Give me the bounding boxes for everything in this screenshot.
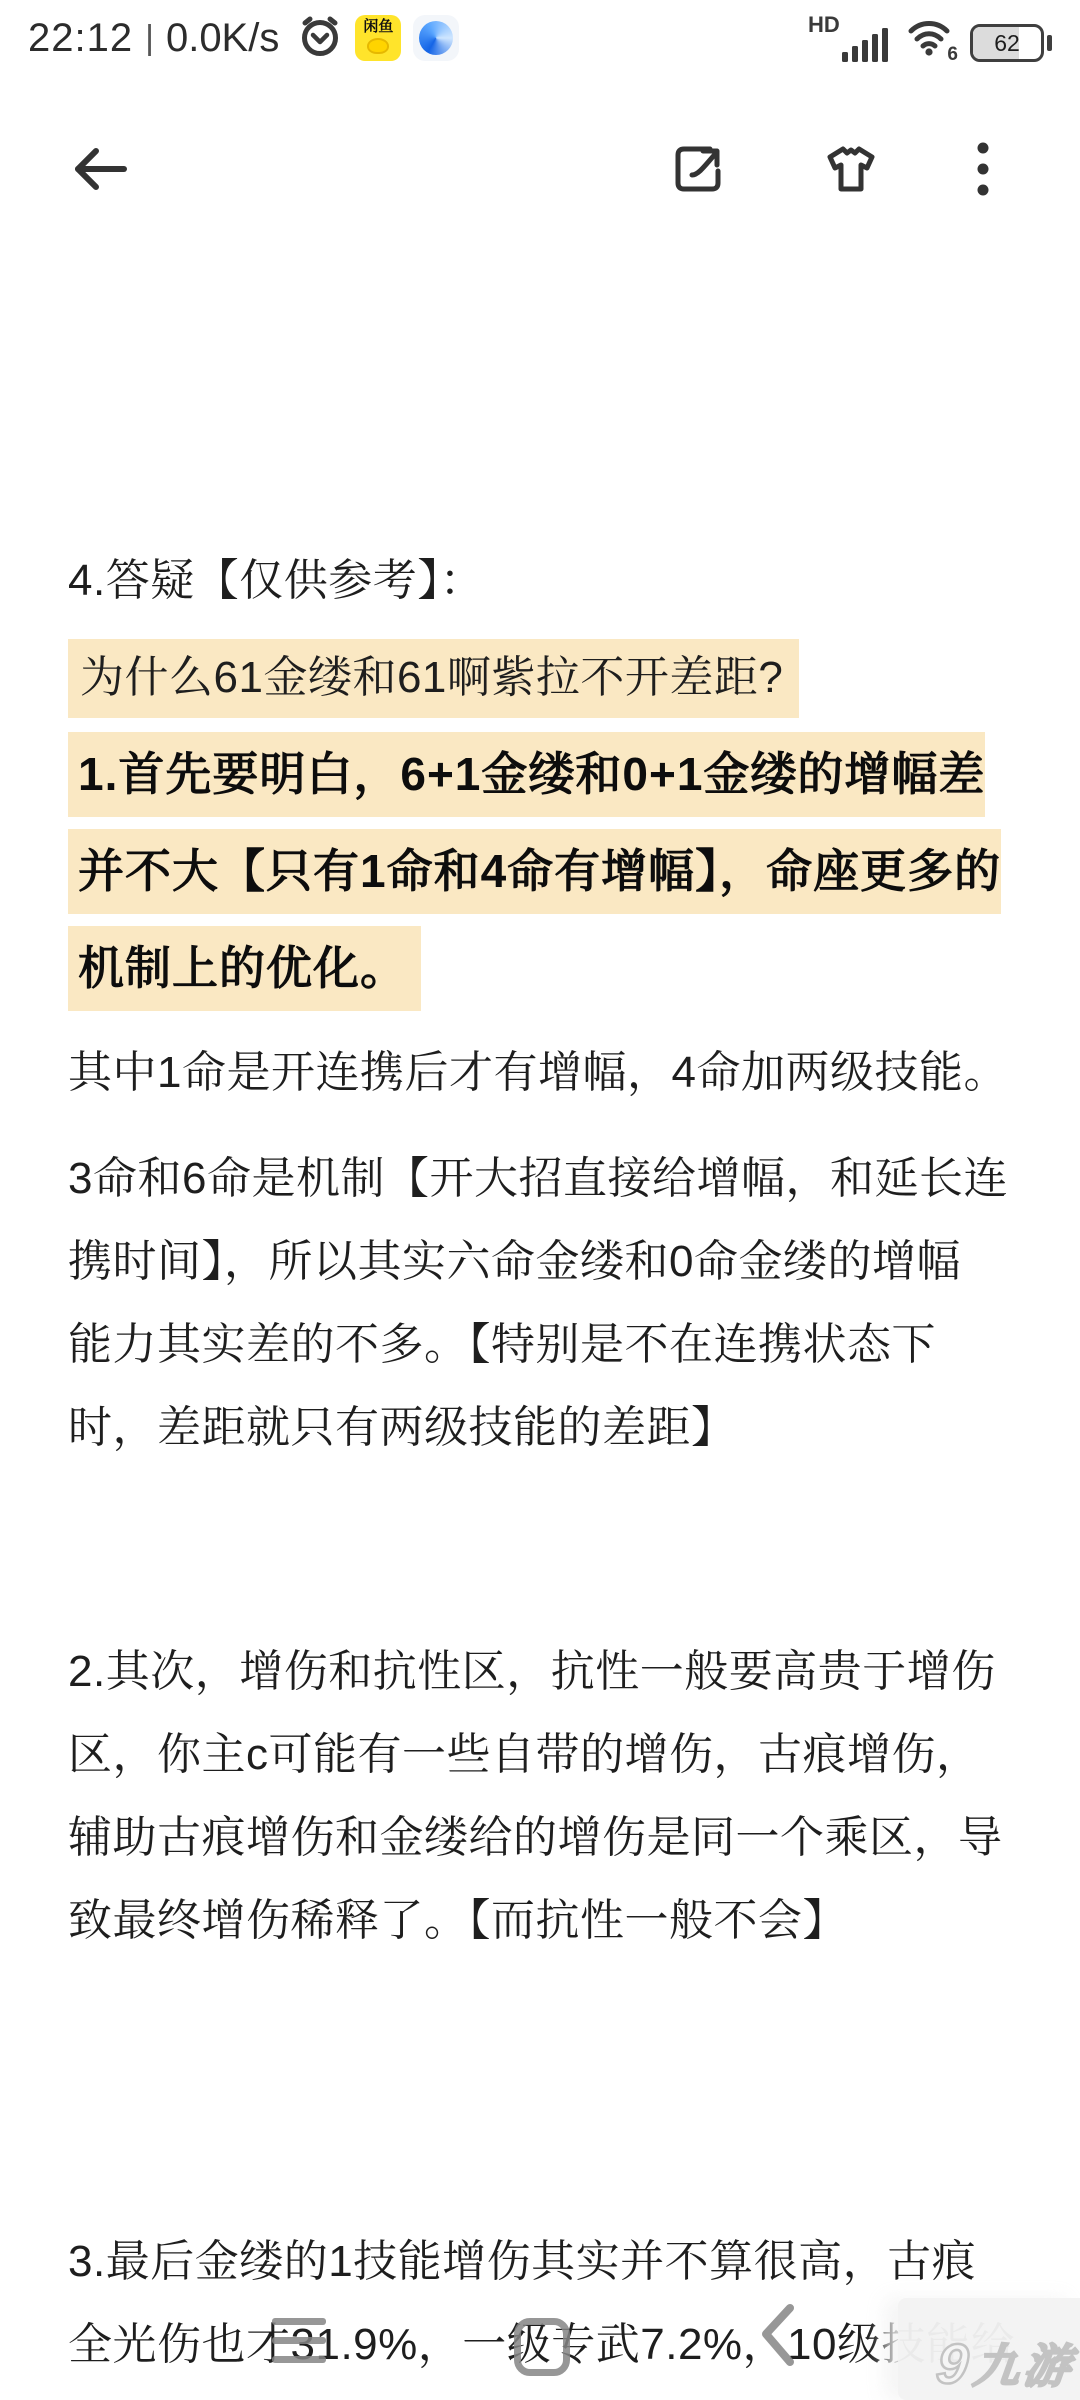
theme-shirt-icon bbox=[822, 141, 880, 200]
signal-bar bbox=[882, 28, 888, 62]
watermark: 9 九游 bbox=[933, 2330, 1077, 2396]
paragraph-line: 2.其次，增伤和抗性区，抗性一般要高贵于增伤 bbox=[68, 1630, 1012, 1713]
question-highlight: 为什么61金缕和61啊紫拉不开差距? bbox=[68, 639, 799, 718]
battery-nub bbox=[1047, 35, 1052, 51]
theme-button[interactable] bbox=[822, 141, 880, 200]
battery-icon: 62 bbox=[970, 24, 1052, 62]
alarm-clock-icon bbox=[297, 13, 343, 64]
paragraph-line: 3命和6命是机制【开大招直接给增幅，和延长连 bbox=[68, 1137, 1012, 1220]
status-separator: | bbox=[145, 19, 154, 58]
xianyu-label: 闲鱼 bbox=[363, 18, 393, 36]
paragraph-line: 其中1命是开连携后才有增幅，4命加两级技能。 bbox=[68, 1031, 1012, 1114]
signal-bar bbox=[872, 34, 878, 62]
status-right: HD 6 62 bbox=[842, 14, 1052, 62]
more-button[interactable] bbox=[976, 140, 990, 201]
share-button[interactable] bbox=[670, 141, 726, 200]
clock-time: 22:12 bbox=[28, 16, 133, 61]
back-button[interactable] bbox=[64, 140, 134, 201]
back-arrow-icon bbox=[64, 140, 134, 201]
xianyu-app-icon: 闲鱼 bbox=[355, 15, 401, 61]
paragraph: 其中1命是开连携后才有增幅，4命加两级技能。 bbox=[68, 1031, 1012, 1114]
signal-bar bbox=[842, 52, 848, 62]
hd-label: HD bbox=[808, 12, 840, 38]
question-line: 为什么61金缕和61啊紫拉不开差距? bbox=[68, 656, 1012, 700]
xianyu-face bbox=[367, 38, 389, 54]
paragraph: 3命和6命是机制【开大招直接给增幅，和延长连 携时间】，所以其实六命金缕和0命金… bbox=[68, 1137, 1012, 1469]
watermark-text: 九游 bbox=[971, 2330, 1078, 2396]
bold-line: 机制上的优化。 bbox=[68, 920, 1012, 1017]
paragraph-line: 时，差距就只有两级技能的差距】 bbox=[68, 1386, 1012, 1469]
network-speed: 0.0K/s bbox=[166, 16, 279, 61]
wifi6-badge: 6 bbox=[947, 44, 958, 66]
paragraph-line: 能力其实差的不多。【特别是不在连携状态下 bbox=[68, 1303, 1012, 1386]
paragraph-line: 区，你主c可能有一些自带的增伤，古痕增伤， bbox=[68, 1713, 1012, 1796]
bold-line: 1.首先要明白，6+1金缕和0+1金缕的增幅差距 bbox=[68, 726, 1012, 823]
watermark-logo-icon: 9 bbox=[933, 2331, 971, 2396]
paragraph-line: 辅助古痕增伤和金缕给的增伤是同一个乘区，导 bbox=[68, 1796, 1012, 1879]
back-chevron-icon[interactable] bbox=[752, 2300, 802, 2375]
home-icon[interactable] bbox=[514, 2318, 570, 2376]
paragraph-line: 致最终增伤稀释了。【而抗性一般不会】 bbox=[68, 1879, 1012, 1962]
browser-orb bbox=[419, 21, 453, 55]
signal-bars-icon: HD bbox=[842, 14, 888, 62]
browser-app-icon bbox=[413, 15, 459, 61]
section-heading: 4.答疑【仅供参考】： bbox=[68, 550, 1012, 612]
status-left: 22:12 | 0.0K/s 闲鱼 bbox=[28, 13, 459, 64]
bold-point-block: 1.首先要明白，6+1金缕和0+1金缕的增幅差距 并不大【只有1命和4命有增幅】… bbox=[68, 726, 1012, 1017]
signal-bar bbox=[862, 40, 868, 62]
paragraph-line: 3.最后金缕的1技能增伤其实并不算很高，古痕 bbox=[68, 2220, 1012, 2303]
recents-icon[interactable] bbox=[272, 2318, 326, 2363]
share-icon bbox=[670, 141, 726, 200]
status-bar: 22:12 | 0.0K/s 闲鱼 HD bbox=[0, 10, 1080, 66]
paragraph-line: 携时间】，所以其实六命金缕和0命金缕的增幅 bbox=[68, 1220, 1012, 1303]
bold-line: 并不大【只有1命和4命有增幅】，命座更多的是 bbox=[68, 823, 1012, 920]
article-body: 4.答疑【仅供参考】： 为什么61金缕和61啊紫拉不开差距? 1.首先要明白，6… bbox=[0, 200, 1080, 2386]
signal-bar bbox=[852, 46, 858, 62]
notification-icons: 闲鱼 bbox=[297, 13, 459, 64]
battery-percent: 62 bbox=[994, 30, 1020, 57]
paragraph: 2.其次，增伤和抗性区，抗性一般要高贵于增伤 区，你主c可能有一些自带的增伤，古… bbox=[68, 1630, 1012, 1962]
more-kebab-icon bbox=[976, 140, 990, 201]
wifi-icon: 6 bbox=[906, 17, 952, 62]
